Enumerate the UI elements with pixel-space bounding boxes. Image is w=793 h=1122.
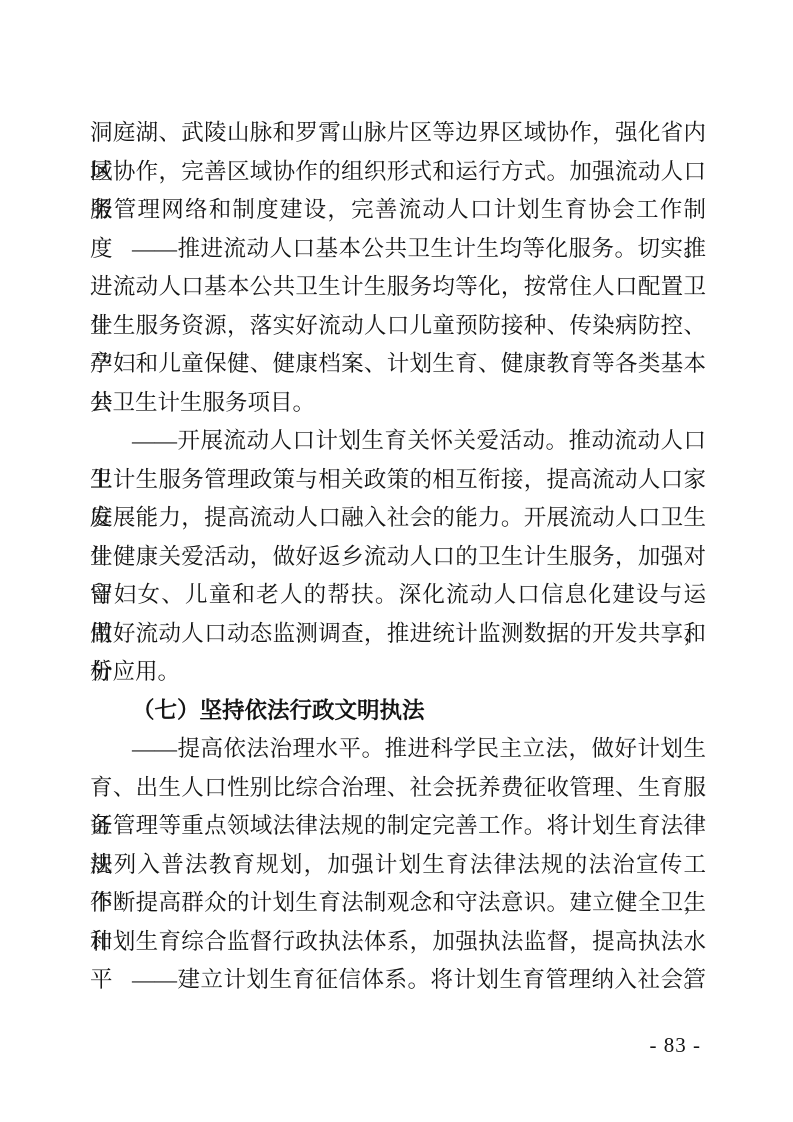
page-number: - 83 - (650, 1032, 702, 1058)
text-line: 生计生服务管理政策与相关政策的相互衔接，提高流动人口家庭 (90, 461, 706, 500)
text-line: ——推进流动人口基本公共卫生计生均等化服务。切实推 (90, 230, 706, 269)
text-line: 规列入普法教育规划，加强计划生育法律法规的法治宣传工作， (90, 846, 706, 885)
text-line: ——开展流动人口计划生育关怀关爱活动。推动流动人口卫 (90, 422, 706, 461)
text-line: ——建立计划生育征信体系。将计划生育管理纳入社会管 (90, 961, 706, 1000)
text-line: 守妇女、儿童和老人的帮扶。深化流动人口信息化建设与运用， (90, 576, 706, 615)
text-line: 域协作，完善区域协作的组织形式和运行方式。加强流动人口服 (90, 153, 706, 192)
text-line: 洞庭湖、武陵山脉和罗霄山脉片区等边界区域协作，强化省内区 (90, 114, 706, 153)
text-line: 产妇和儿童保健、健康档案、计划生育、健康教育等各类基本公 (90, 345, 706, 384)
text-line: 共卫生计生服务项目。 (90, 384, 706, 423)
text-line: 计生服务资源，落实好流动人口儿童预防接种、传染病防控、孕 (90, 307, 706, 346)
text-line: 证管理等重点领域法律法规的制定完善工作。将计划生育法律法 (90, 807, 706, 846)
text-line: 生健康关爱活动，做好返乡流动人口的卫生计生服务，加强对留 (90, 538, 706, 577)
section-heading: （七）坚持依法行政文明执法 (90, 692, 706, 731)
text-line: 析应用。 (90, 653, 706, 692)
text-line: 做好流动人口动态监测调查，推进统计监测数据的开发共享和分 (90, 615, 706, 654)
text-line: 进流动人口基本公共卫生计生服务均等化，按常住人口配置卫生 (90, 268, 706, 307)
text-line: 育、出生人口性别比综合治理、社会抚养费征收管理、生育服务 (90, 769, 706, 808)
document-page: 洞庭湖、武陵山脉和罗霄山脉片区等边界区域协作，强化省内区域协作，完善区域协作的组… (0, 0, 793, 1122)
text-line: ——提高依法治理水平。推进科学民主立法，做好计划生 (90, 730, 706, 769)
text-line: 发展能力，提高流动人口融入社会的能力。开展流动人口卫生计 (90, 499, 706, 538)
text-line: 务管理网络和制度建设，完善流动人口计划生育协会工作制度。 (90, 191, 706, 230)
text-line: 计划生育综合监督行政执法体系，加强执法监督，提高执法水平。 (90, 923, 706, 962)
text-block: 洞庭湖、武陵山脉和罗霄山脉片区等边界区域协作，强化省内区域协作，完善区域协作的组… (90, 114, 706, 1000)
text-line: 不断提高群众的计划生育法制观念和守法意识。建立健全卫生和 (90, 884, 706, 923)
